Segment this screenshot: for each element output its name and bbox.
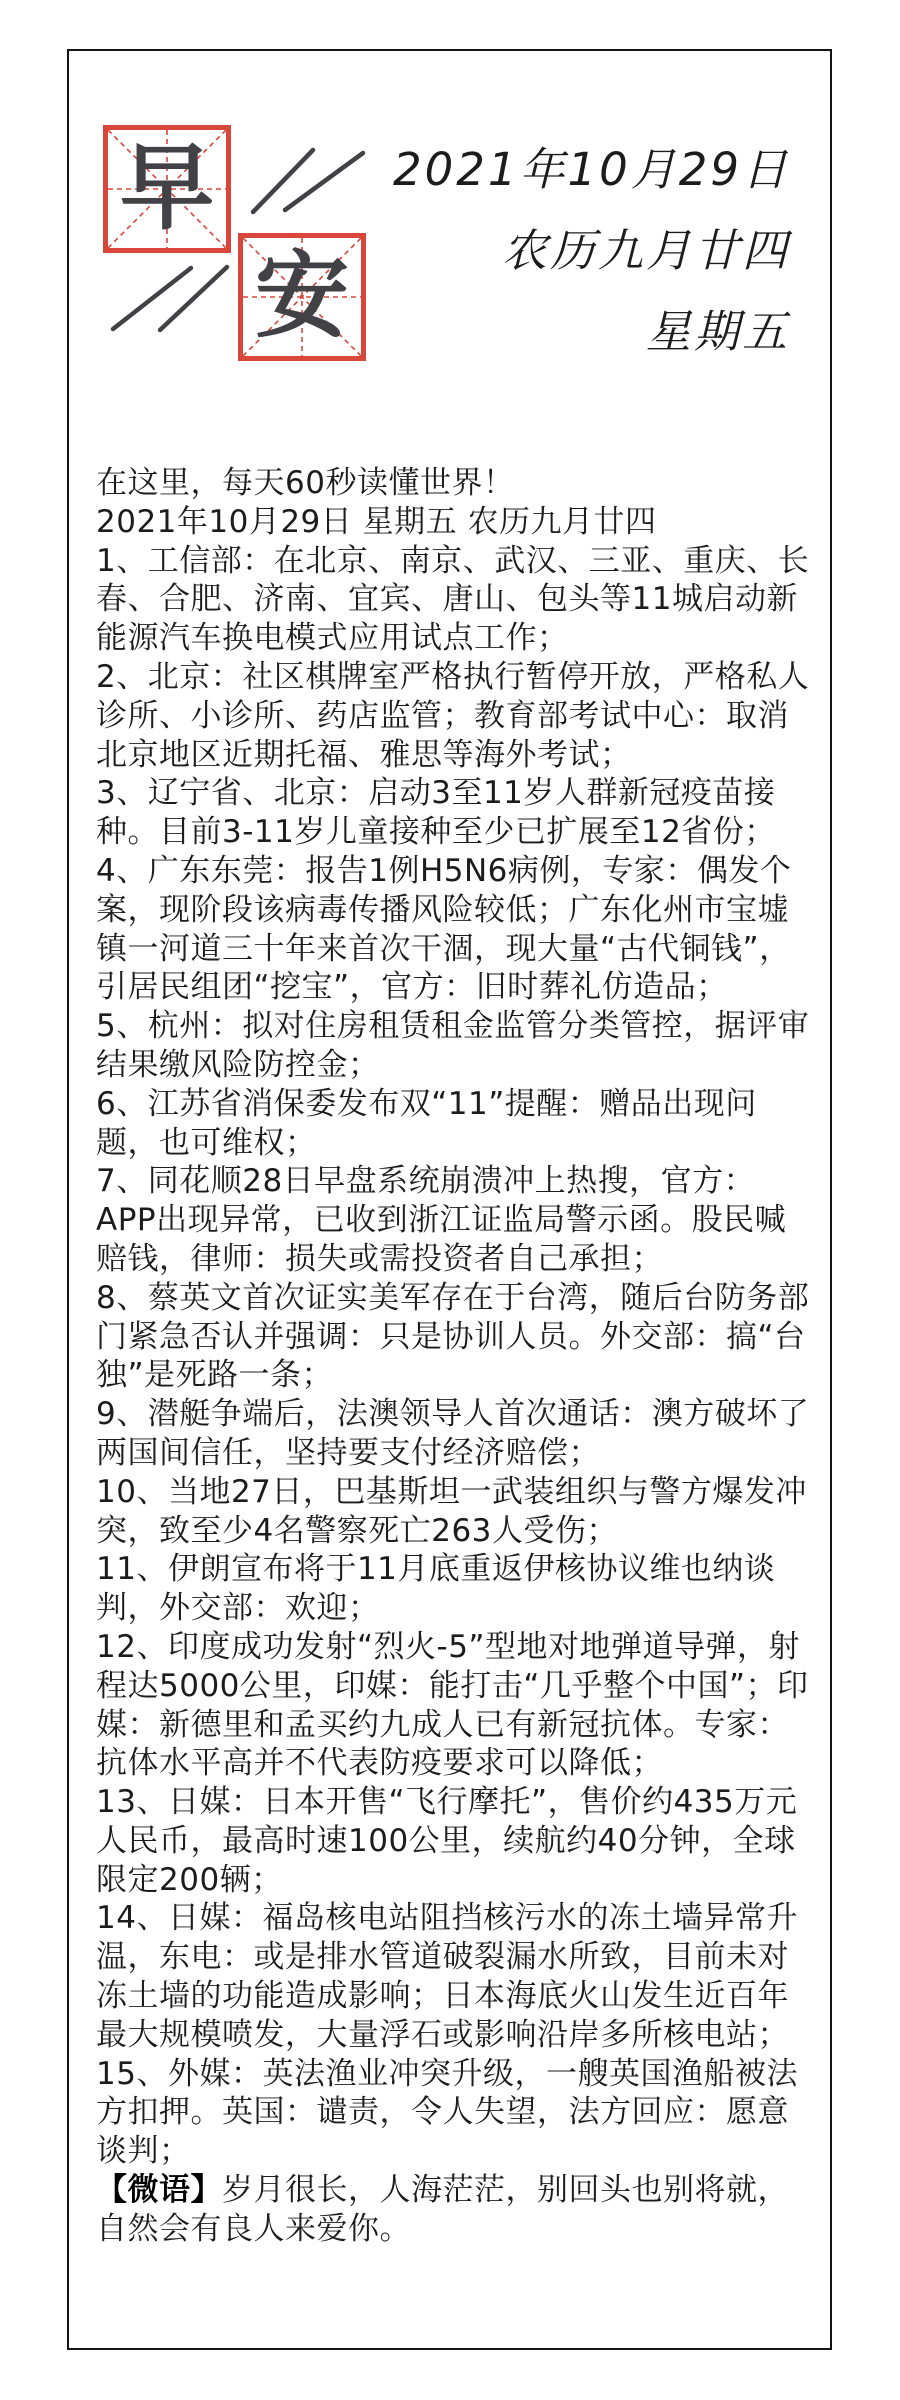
- news-item: 10、当地27日，巴基斯坦一武装组织与警方爆发冲突，致至少4名警察死亡263人受…: [96, 1473, 810, 1551]
- news-item: 8、蔡英文首次证实美军存在于台湾，随后台防务部门紧急否认并强调：只是协训人员。外…: [96, 1279, 810, 1395]
- news-item: 4、广东东莞：报告1例H5N6病例，专家：偶发个案，现阶段该病毒传播风险较低；广…: [96, 852, 810, 1007]
- morning-briefing-card: 早 安 2021年10月29日 农历九月廿四 星期五 在这里，每天60秒读: [0, 0, 900, 2400]
- news-item: 5、杭州：拟对住房租赁租金监管分类管控，据评审结果缴风险防控金；: [96, 1007, 810, 1085]
- zao-character-box: 早: [103, 125, 231, 253]
- logo-char-zao: 早: [108, 130, 226, 248]
- weiyu-label: 【微语】: [96, 2172, 222, 2208]
- double-slash-icon: [109, 262, 234, 334]
- logo-char-an: 安: [243, 238, 361, 356]
- outer-frame: 早 安 2021年10月29日 农历九月廿四 星期五 在这里，每天60秒读: [67, 49, 832, 2350]
- header-date-block: 2021年10月29日 农历九月廿四 星期五: [360, 129, 790, 372]
- news-item: 15、外媒：英法渔业冲突升级，一艘英国渔船被法方扣押。英国：谴责，令人失望，法方…: [96, 2055, 810, 2171]
- news-item: 7、同花顺28日早盘系统崩溃冲上热搜，官方：APP出现异常，已收到浙江证监局警示…: [96, 1162, 810, 1278]
- news-item: 2、北京：社区棋牌室严格执行暂停开放，严格私人诊所、小诊所、药店监管；教育部考试…: [96, 658, 810, 774]
- weiyu-line: 【微语】岁月很长，人海茫茫，别回头也别将就，自然会有良人来爱你。: [96, 2171, 810, 2249]
- news-body: 在这里，每天60秒读懂世界！ 2021年10月29日 星期五 农历九月廿四 1、…: [96, 464, 810, 2249]
- date-weekday: 星期五: [360, 291, 790, 372]
- news-item: 9、潜艇争端后，法澳领导人首次通话：澳方破坏了两国间信任，坚持要支付经济赔偿；: [96, 1395, 810, 1473]
- news-item: 6、江苏省消保委发布双“11”提醒：赠品出现问题，也可维权；: [96, 1085, 810, 1163]
- news-item: 3、辽宁省、北京：启动3至11岁人群新冠疫苗接种。目前3-11岁儿童接种至少已扩…: [96, 774, 810, 852]
- news-item: 1、工信部：在北京、南京、武汉、三亚、重庆、长春、合肥、济南、宜宾、唐山、包头等…: [96, 542, 810, 658]
- date-lunar: 农历九月廿四: [360, 210, 790, 291]
- double-slash-icon: [249, 145, 369, 217]
- news-item: 12、印度成功发射“烈火-5”型地对地弹道导弹，射程达5000公里，印媒：能打击…: [96, 1628, 810, 1783]
- news-item: 14、日媒：福岛核电站阻挡核污水的冻土墙异常升温，东电：或是排水管道破裂漏水所致…: [96, 1899, 810, 2054]
- news-item: 13、日媒：日本开售“飞行摩托”，售价约435万元人民币，最高时速100公里，续…: [96, 1783, 810, 1899]
- intro-line: 在这里，每天60秒读懂世界！: [96, 464, 810, 503]
- an-character-box: 安: [238, 233, 366, 361]
- body-date-line: 2021年10月29日 星期五 农历九月廿四: [96, 503, 810, 542]
- news-item: 11、伊朗宣布将于11月底重返伊核协议维也纳谈判，外交部：欢迎；: [96, 1550, 810, 1628]
- date-gregorian: 2021年10月29日: [360, 129, 790, 210]
